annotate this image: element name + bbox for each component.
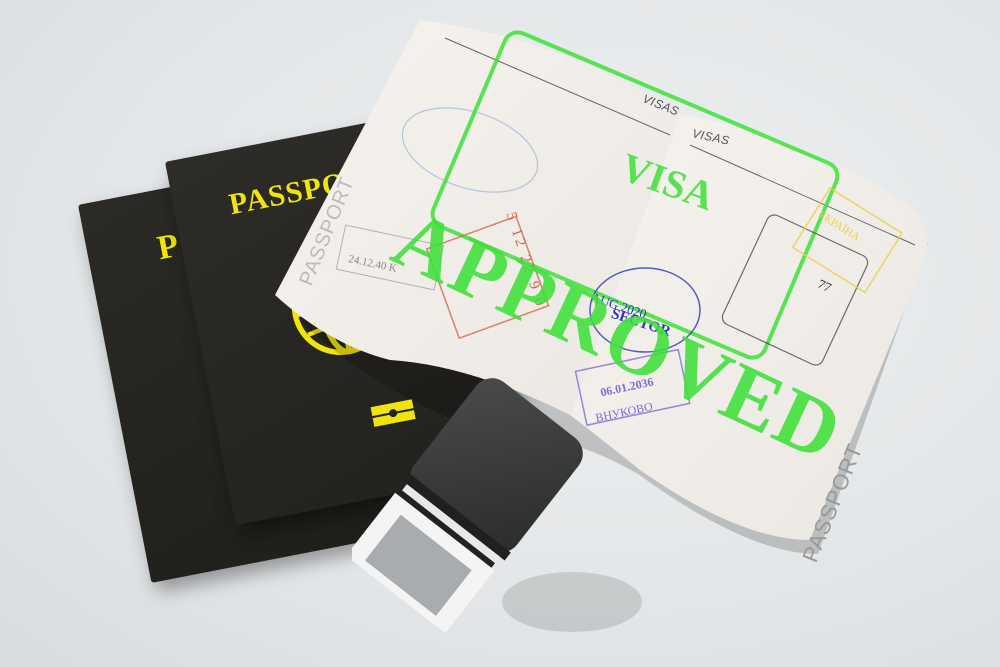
stamper-icon bbox=[352, 372, 652, 642]
scene: P PASSPORT bbox=[0, 0, 1000, 667]
